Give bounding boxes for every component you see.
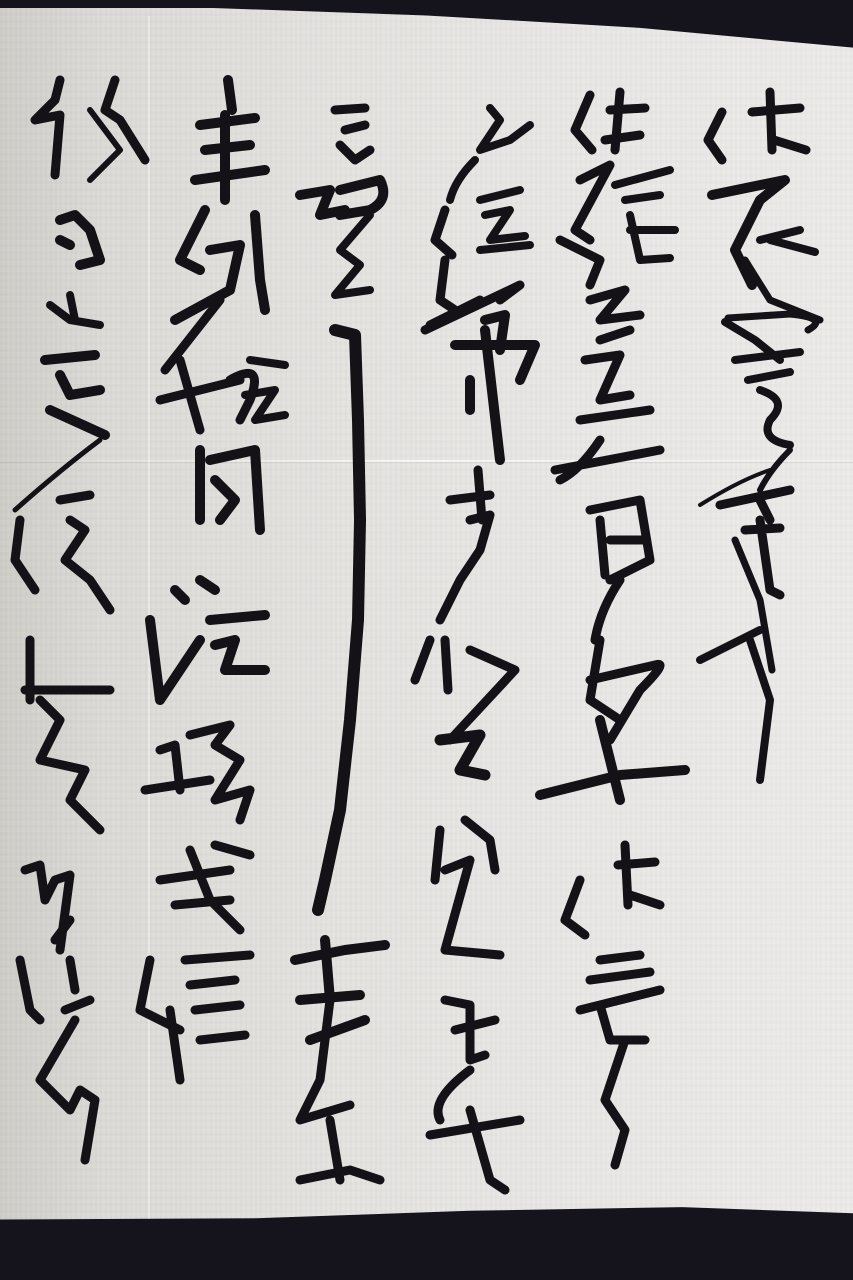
column-6-strokes <box>15 80 145 1160</box>
column-2-strokes <box>540 92 685 1165</box>
calligraphy-ink-strokes <box>0 0 853 1280</box>
column-5-strokes <box>140 80 285 1080</box>
column-3-strokes <box>415 108 535 1190</box>
column-1-strokes <box>700 92 820 780</box>
column-4-strokes <box>295 108 385 1180</box>
